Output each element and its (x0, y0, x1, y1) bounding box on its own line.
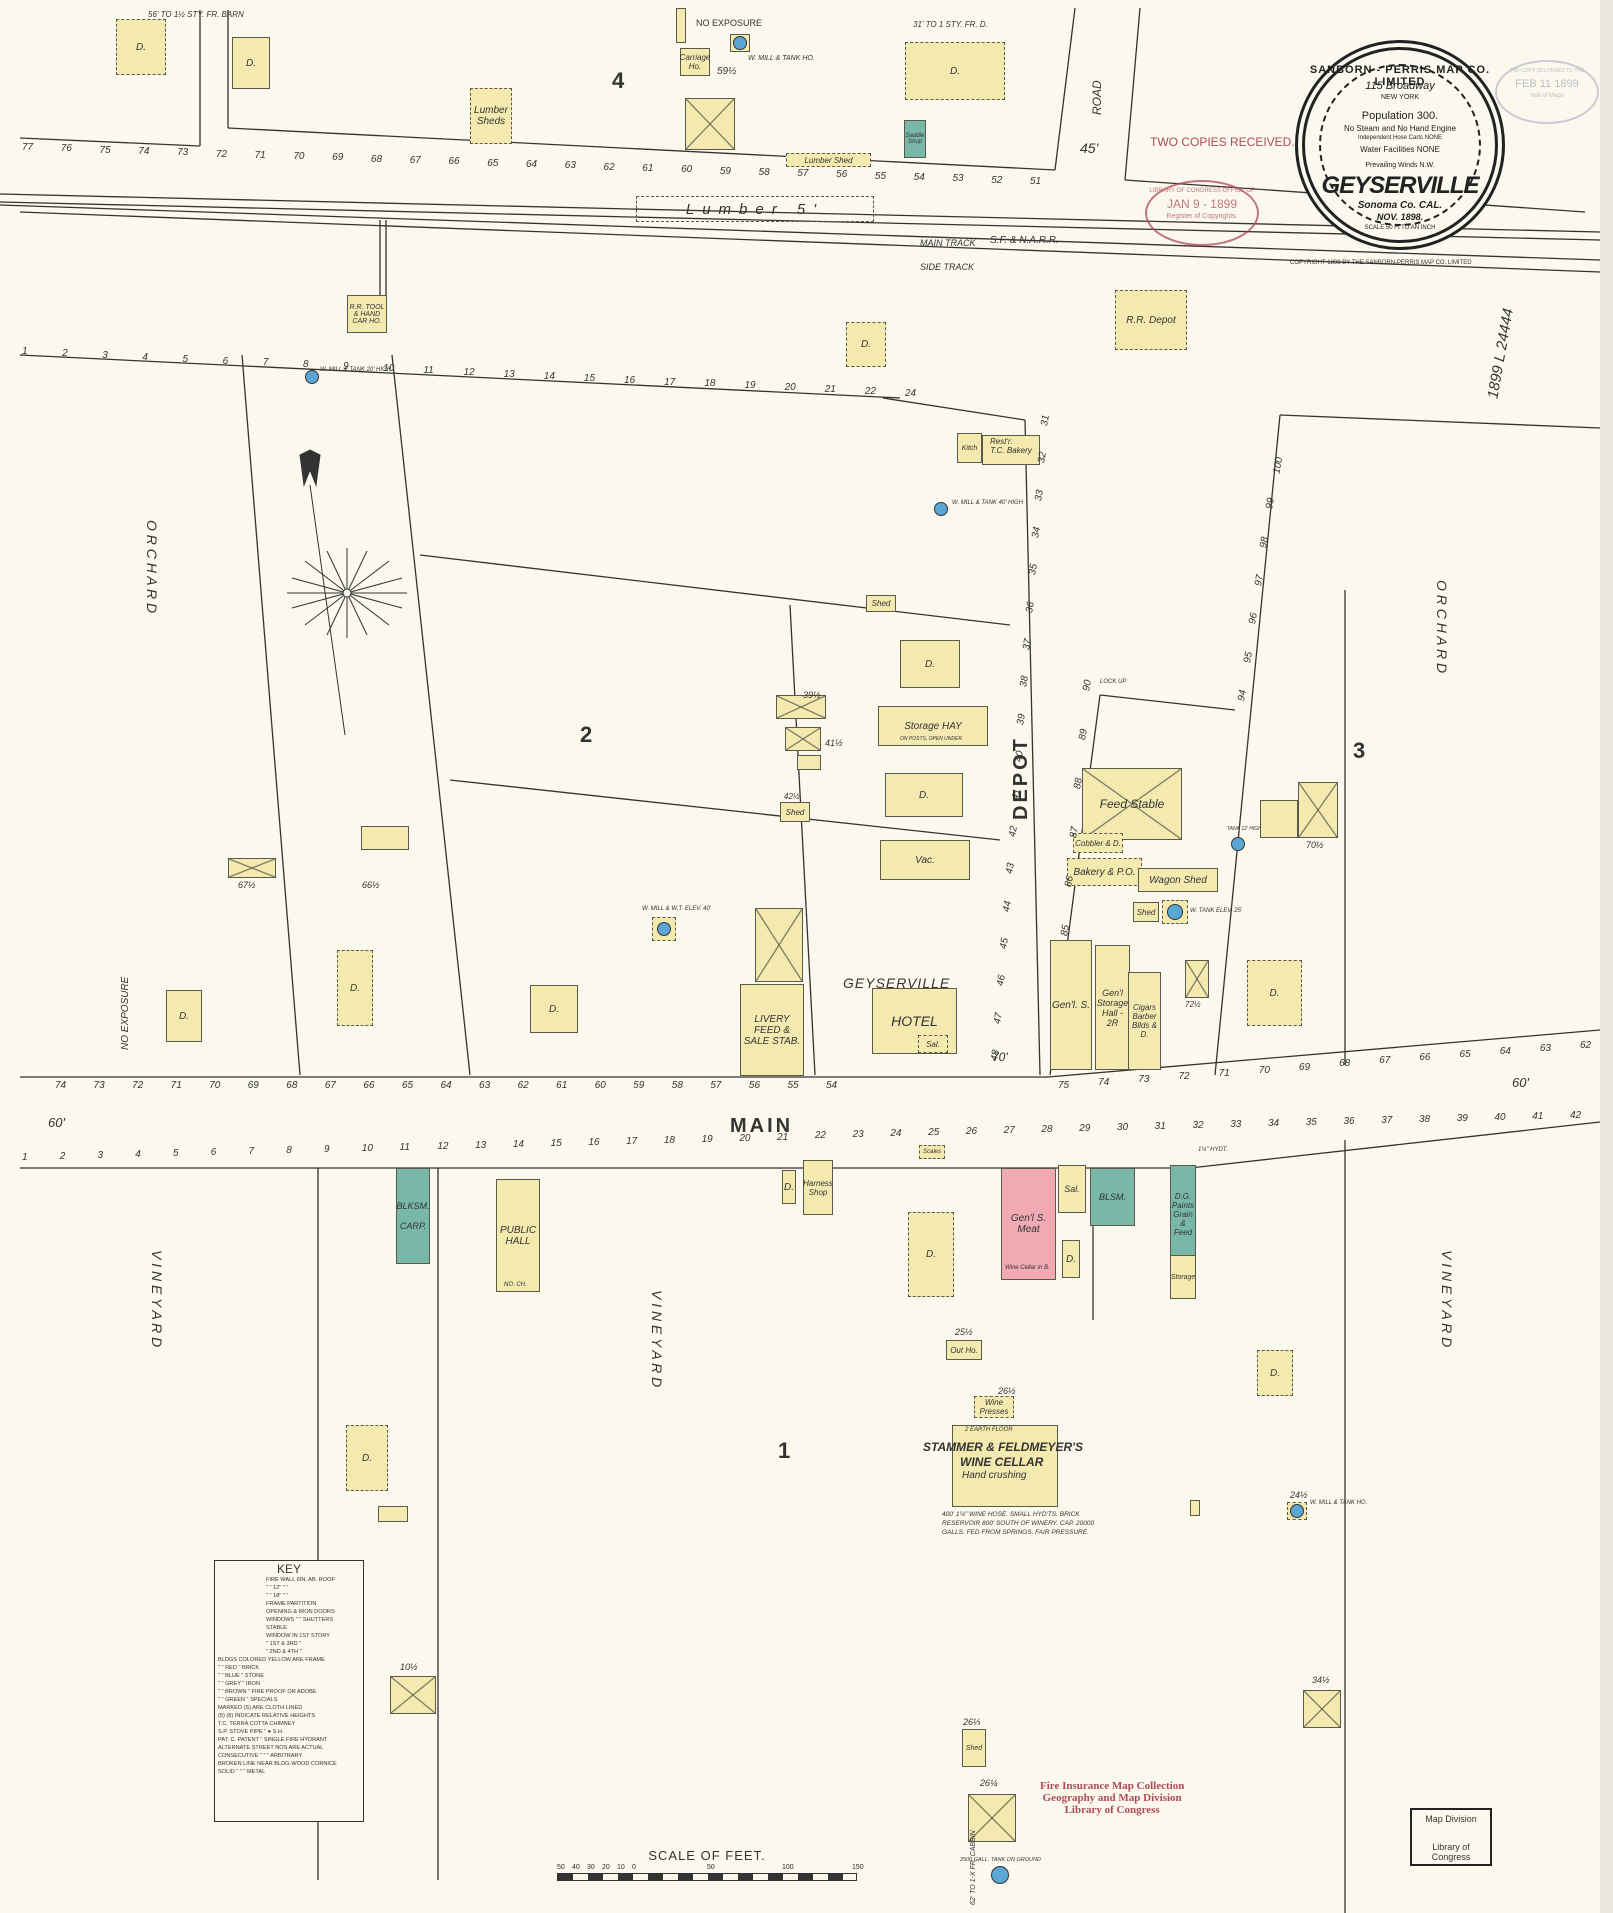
address-number: 24 (890, 1128, 901, 1139)
water-tank-icon (305, 370, 319, 384)
storage: Storage (1170, 1255, 1196, 1299)
stable (1185, 960, 1209, 998)
vacant-building: Vac. (880, 840, 970, 880)
address-number: 19 (744, 380, 755, 391)
vineyard-right: V I N E Y A R D (1439, 1250, 1455, 1347)
scale-tick: 150 (852, 1864, 864, 1871)
seal-water: Water Facilities NONE (1305, 145, 1495, 154)
general-store: Gen'l. S. (1050, 940, 1092, 1070)
dry-goods-paints: D.G. Paints Grain & Feed (1170, 1165, 1196, 1263)
address-number: 10 (362, 1143, 373, 1154)
orchard-right: O R C H A R D (1434, 580, 1450, 673)
dwelling: D. (530, 985, 578, 1033)
key-row: STABLE (266, 1624, 360, 1632)
two-copies-stamp: TWO COPIES RECEIVED. (1150, 135, 1295, 149)
address-number: 89 (1077, 728, 1090, 741)
address-number: 8 (303, 359, 309, 370)
address-number: 43 (1004, 862, 1017, 875)
address-number: 85 (1059, 924, 1072, 937)
stable (390, 1676, 436, 1714)
rr-depot: R.R. Depot (1115, 290, 1187, 350)
outbuilding (1190, 1500, 1200, 1516)
address-number: 22 (865, 386, 876, 397)
windmill-tank (652, 917, 676, 941)
address-number: 2 (62, 348, 68, 359)
address-number: 42 (1007, 825, 1020, 838)
water-tank-icon (1290, 1504, 1304, 1518)
address-number: 7 (249, 1146, 255, 1157)
stamp-date: FEB 11 1899 (1497, 78, 1597, 90)
key-row: " " 18" " " (266, 1592, 360, 1600)
windmill-label: W. MILL & TANK HO. (748, 55, 815, 62)
lock-up-label: LOCK UP (1100, 679, 1126, 685)
seal-scale: SCALE 50 Ft TO AN INCH (1305, 225, 1495, 231)
stamp-date: JAN 9 - 1899 (1147, 197, 1257, 211)
address-number: 16 (588, 1137, 599, 1148)
block-number-1: 1 (778, 1438, 790, 1464)
address-number: 41 (1010, 788, 1023, 801)
address-number: 36 (1343, 1116, 1354, 1127)
address-number: 54 (914, 172, 925, 183)
key-row: CONSECUTIVE " " " ARBITRARY (218, 1752, 360, 1760)
address-number: 74 (55, 1080, 66, 1091)
key-row: " 2ND & 4TH " (266, 1648, 360, 1656)
scales: Scales (919, 1145, 945, 1159)
address-number: 64 (1500, 1046, 1511, 1057)
address-number: 70 (293, 151, 304, 162)
railroad-company: S.F. & N.A.R.R. (990, 235, 1059, 246)
barn-note: 56' TO 1½ STY. FR. BARN (148, 10, 244, 19)
windmill-20-label: W. MILL & TANK 20' HIGH (320, 367, 391, 373)
kitchen: Kitch (957, 433, 982, 463)
main-width: 60' (48, 1115, 65, 1130)
blacksmith-carpenter: BLKSM.CARP. (396, 1168, 430, 1264)
block-number-2: 2 (580, 722, 592, 748)
scale-tick: 30 (587, 1864, 595, 1871)
address-number: 24 (905, 388, 916, 399)
harness-shop: Harness Shop (803, 1160, 833, 1215)
bldg-label: BLKSM.CARP. (397, 1201, 430, 1231)
windmill-tank-label: W. MILL & TANK HO. (1310, 1500, 1367, 1506)
dwelling: D. (846, 322, 886, 367)
outbuilding (676, 8, 686, 43)
address-number: 70 (1259, 1065, 1270, 1076)
scale-tick: 20 (602, 1864, 610, 1871)
winery-owner: STAMMER & FELDMEYER'S (923, 1440, 1083, 1454)
address-number: 88 (1072, 777, 1085, 790)
address-number: 39 (1457, 1113, 1468, 1124)
key-row: SOLID " " " METAL (218, 1768, 360, 1776)
seal-hose: Independent Hose Carts NONE (1305, 135, 1495, 141)
address-number: 48 (989, 1049, 1002, 1062)
street-depot: DEPOT (1010, 736, 1033, 820)
stable (685, 98, 735, 150)
address-number: 52 (991, 175, 1002, 186)
address-number: 74 (1098, 1077, 1109, 1088)
key-row: MARKED (S) ARE CLOTH LINED (218, 1704, 360, 1712)
address-number: 64 (441, 1080, 452, 1091)
cigars-barber: Cigars Barber Bllds & D. (1128, 972, 1161, 1070)
cabin-label: 62' TO 1-X FR. CABBIN (970, 1830, 977, 1905)
lot-26-half: 26½ (998, 1386, 1016, 1396)
address-number: 15 (551, 1138, 562, 1149)
address-number: 66 (448, 156, 459, 167)
address-number: 64 (526, 159, 537, 170)
seal-winds: Prevailing Winds N.W. (1305, 162, 1495, 169)
scale-tick: 50 (707, 1864, 715, 1871)
hydrant-label: 1¼" HYDT. (1198, 1147, 1228, 1153)
key-row: OPENING & IRON DOORS (266, 1608, 360, 1616)
address-number: 2 (60, 1151, 66, 1162)
key-row: ALTERNATE STREET NOS ARE ACTUAL (218, 1744, 360, 1752)
address-number: 11 (423, 365, 433, 376)
lumber-yard: Lumber 5' (636, 196, 874, 222)
address-number: 5 (183, 354, 189, 365)
water-tank-icon (1231, 837, 1245, 851)
address-number: 72 (1178, 1071, 1189, 1082)
key-row: " " BROWN " FIRE PROOF OR ADOBE (218, 1688, 360, 1696)
address-number: 54 (826, 1080, 837, 1091)
lumber-sheds: Lumber Sheds (470, 88, 512, 144)
key-row: " 1ST & 3RD " (266, 1640, 360, 1648)
outbuilding (378, 1506, 408, 1522)
rr-tool-house: R.R. TOOL & HAND CAR HO. (347, 295, 387, 333)
address-number: 66 (1419, 1052, 1430, 1063)
scale-tick: 40 (572, 1864, 580, 1871)
saloon: Sal. (918, 1035, 948, 1053)
side-track-label: SIDE TRACK (920, 262, 974, 272)
lot-39-half: 39½ (803, 690, 821, 700)
key-row: (5) (8) INDICATE RELATIVE HEIGHTS (218, 1712, 360, 1720)
address-number: 56 (749, 1080, 760, 1091)
address-number: 99 (1264, 497, 1277, 510)
address-number: 70 (209, 1080, 220, 1091)
stamp-top-text: THE COPY DELIVERED TO THE (1497, 68, 1597, 74)
dwelling: D. (782, 1170, 796, 1204)
seal-population: Population 300. (1305, 110, 1495, 122)
address-number: 4 (135, 1149, 141, 1160)
key-row: " " 12" " " (266, 1584, 360, 1592)
address-number: 63 (479, 1080, 490, 1091)
dwelling: D. (908, 1212, 954, 1297)
address-number: 69 (332, 152, 343, 163)
address-number: 25 (928, 1127, 939, 1138)
address-number: 33 (1230, 1119, 1241, 1130)
address-number: 8 (286, 1145, 292, 1156)
address-number: 71 (255, 150, 266, 161)
dwelling: D. (116, 19, 166, 75)
livery-stable: LIVERY FEED & SALE STAB. (740, 984, 804, 1076)
address-number: 94 (1236, 689, 1249, 702)
address-number: 71 (1219, 1068, 1230, 1079)
dwelling: D. (905, 42, 1005, 100)
address-number: 40 (1013, 750, 1026, 763)
general-storage-hall: Gen'l Storage Hall - 2R (1095, 945, 1130, 1070)
address-number: 72 (216, 149, 227, 160)
address-number: 65 (487, 158, 498, 169)
stamp-line: Library of Congress (1040, 1804, 1184, 1816)
address-number: 32 (1192, 1120, 1203, 1131)
seal-county: Sonoma Co. CAL. (1305, 200, 1495, 211)
address-number: 87 (1068, 826, 1081, 839)
address-number: 13 (475, 1140, 486, 1151)
water-tank-label: W. TANK ELEV. 25' (1190, 908, 1242, 914)
key-row: WINDOW IN 1ST STORY (266, 1632, 360, 1640)
address-number: 72 (132, 1080, 143, 1091)
address-number: 46 (995, 974, 1008, 987)
address-number: 9 (324, 1144, 330, 1155)
shed: Shed (780, 802, 810, 822)
address-number: 73 (1138, 1074, 1149, 1085)
address-number: 56 (836, 169, 847, 180)
address-number: 22 (815, 1130, 826, 1141)
lot-10-half: 10½ (400, 1662, 418, 1672)
address-number: 26 (966, 1126, 977, 1137)
cobbler: Cobbler & D. (1073, 833, 1123, 853)
lot-66-half: 66½ (362, 880, 380, 890)
dwelling: D. (166, 990, 202, 1042)
key-row: " " BLUE " STONE (218, 1672, 360, 1680)
address-number: 33 (1033, 489, 1046, 502)
blksm-label: BLKSM. (397, 1201, 430, 1211)
address-number: 13 (504, 369, 515, 380)
out-house: Out Ho. (946, 1340, 982, 1360)
windmill-tank-house (730, 34, 750, 52)
stable (1303, 1690, 1341, 1728)
address-number: 58 (672, 1080, 683, 1091)
stable (228, 858, 276, 878)
windmill-wt-label: W. MILL & W.T. ELEV. 40' (642, 906, 711, 912)
block-number-4: 4 (612, 68, 624, 94)
water-tank-house (1162, 900, 1188, 924)
address-number: 67 (410, 155, 421, 166)
lot-26-third: 26⅓ (963, 1717, 981, 1727)
shed: Shed (866, 595, 896, 612)
address-number: 57 (797, 168, 808, 179)
lot-59-half: 59½ (717, 66, 736, 77)
address-number: 98 (1258, 536, 1271, 549)
hay-posts-note: ON POSTS, OPEN UNDER (900, 736, 962, 742)
lot-26-quarter: 26¼ (980, 1778, 998, 1788)
address-number: 20 (785, 382, 796, 393)
address-number: 77 (22, 142, 33, 153)
copyright-office-stamp: LIBRARY OF CONGRESS OFFICE OF JAN 9 - 18… (1145, 180, 1259, 246)
scale-tick: 100 (782, 1864, 794, 1871)
key-rows: FIRE WALL 6IN. AB. ROOF " " 12" " " " " … (266, 1576, 360, 1656)
lot-34-half: 34½ (1312, 1675, 1330, 1685)
shed: Shed (962, 1729, 986, 1767)
address-number: 14 (544, 371, 555, 382)
address-number: 31 (1039, 414, 1052, 427)
lot-24-half: 24½ (1290, 1490, 1308, 1500)
map-division-stamp: Map Division Library of Congress (1410, 1808, 1492, 1866)
stable (361, 826, 409, 850)
lot-70-half: 70½ (1306, 840, 1324, 850)
address-number: 58 (759, 167, 770, 178)
address-number: 9 (343, 361, 349, 372)
vineyard-middle: V I N E Y A R D (649, 1290, 665, 1387)
no-exposure-left: NO EXPOSURE (120, 977, 131, 1050)
title-seal: SANBORN - PERRIS MAP CO. LIMITED 115 Bro… (1295, 40, 1505, 250)
stamp-line: Library of Congress (1412, 1842, 1490, 1862)
stamp-bottom-text: Register of Copyrights. (1147, 213, 1257, 220)
water-tank-icon (991, 1866, 1009, 1884)
address-number: 16 (624, 375, 635, 386)
address-number: 73 (177, 147, 188, 158)
map-key-legend: KEY FIRE WALL 6IN. AB. ROOF " " 12" " " … (214, 1560, 364, 1822)
address-number: 29 (1079, 1123, 1090, 1134)
address-number: 44 (1001, 900, 1014, 913)
earth-floor-label: 2 EARTH FLOOR (965, 1427, 1013, 1433)
address-number: 57 (710, 1080, 721, 1091)
address-number: 53 (952, 173, 963, 184)
address-number: 60 (681, 164, 692, 175)
address-number: 20 (739, 1133, 750, 1144)
address-number: 19 (702, 1134, 713, 1145)
outbuilding (797, 755, 821, 770)
wagon-shed: Wagon Shed (1138, 868, 1218, 892)
key-row: " " GREY " IRON (218, 1680, 360, 1688)
windmill-40-label: W. MILL & TANK 40' HIGH (952, 500, 1023, 506)
scale-tick: 50 (557, 1864, 565, 1871)
lot-72-half: 72½ (1185, 1000, 1201, 1009)
water-tank-icon (934, 502, 948, 516)
lot-41-half: 41½ (825, 738, 843, 748)
winery-water-note: 400' 1¼" WINE HOSE. SMALL HYD'TS. BRICK … (942, 1510, 1102, 1537)
stamp-top-text: LIBRARY OF CONGRESS OFFICE OF (1147, 188, 1257, 194)
address-number: 28 (1041, 1124, 1052, 1135)
feb-received-stamp: THE COPY DELIVERED TO THE FEB 11 1899 Ha… (1495, 60, 1599, 124)
address-number: 65 (402, 1080, 413, 1091)
seal-town: GEYSERVILLE (1305, 172, 1495, 200)
key-row: S.P. STOVE PIPE " ● S.H. (218, 1728, 360, 1736)
seal-copyright: COPYRIGHT 1898 BY THE SANBORN-PERRIS MAP… (1290, 260, 1472, 266)
hand-crushing-label: Hand crushing (962, 1470, 1026, 1481)
address-number: 21 (825, 384, 836, 395)
address-number: 96 (1247, 612, 1260, 625)
seal-date: NOV. 1898. (1305, 212, 1495, 222)
lot-42-half: 42½ (784, 792, 800, 801)
key-row: " " GREEN " SPECIALS (218, 1696, 360, 1704)
address-number: 34 (1030, 526, 1043, 539)
address-number: 95 (1242, 651, 1255, 664)
key-title: KEY (218, 1563, 360, 1576)
seal-engines: No Steam and No Hand Engine (1305, 124, 1495, 133)
address-number: 51 (1030, 176, 1041, 187)
address-number: 75 (100, 145, 111, 156)
address-number: 55 (787, 1080, 798, 1091)
address-number: 31 (1155, 1121, 1166, 1132)
address-number: 42 (1570, 1110, 1581, 1121)
general-store-meat: Gen'l S. Meat (1001, 1168, 1056, 1280)
stamp-line: Geography and Map Division (1040, 1792, 1184, 1804)
dwelling: D. (337, 950, 373, 1026)
carp-label: CARP. (397, 1221, 430, 1231)
scale-of-feet: SCALE OF FEET. 50 40 30 20 10 0 50 100 1… (557, 1848, 857, 1881)
address-number: 62 (1580, 1040, 1591, 1051)
main-track-label: MAIN TRACK (920, 238, 976, 248)
address-number: 73 (94, 1080, 105, 1091)
address-number: 63 (565, 160, 576, 171)
address-number: 61 (642, 163, 653, 174)
address-number: 5 (173, 1148, 179, 1159)
livery-hay-loft (755, 908, 803, 982)
address-number: 68 (371, 154, 382, 165)
wine-presses: Wine Presses (974, 1396, 1014, 1418)
wine-cellar-basement: Wine Cellar in B. (1005, 1265, 1050, 1271)
key-row: FRAME PARTITION (266, 1600, 360, 1608)
compass-rose-icon (270, 440, 430, 780)
key-row: " " RED " BRICK (218, 1664, 360, 1672)
address-number: 76 (61, 143, 72, 154)
address-number: 41 (1532, 1111, 1543, 1122)
no-ch-label: NO. CH. (504, 1282, 527, 1288)
address-number: 68 (1339, 1058, 1350, 1069)
address-number: 3 (98, 1150, 104, 1161)
seal-city: NEW YORK (1305, 94, 1495, 101)
address-number: 14 (513, 1139, 524, 1150)
lumber-shed: Lumber Shed (786, 153, 871, 167)
water-tank-icon (733, 36, 747, 50)
address-number: 15 (584, 373, 595, 384)
stamp-line: Map Division (1412, 1814, 1490, 1824)
feed-stable: Feed Stable (1082, 768, 1182, 840)
address-number: 11 (400, 1142, 410, 1153)
address-number: 12 (437, 1141, 448, 1152)
address-number: 17 (626, 1136, 637, 1147)
stamp-line: Fire Insurance Map Collection (1040, 1780, 1184, 1792)
no-exposure-top: NO EXPOSURE (696, 18, 762, 28)
bakery-post-office: Bakery & P.O. (1067, 858, 1142, 886)
stamp-bottom-text: Hall of Maps (1497, 93, 1597, 99)
address-number: 6 (211, 1147, 217, 1158)
seal-address: 115 Broadway (1305, 80, 1495, 92)
address-number: 69 (1299, 1062, 1310, 1073)
lot-67-half: 67½ (238, 880, 256, 890)
water-tank-icon (657, 922, 671, 936)
road-width: 45' (1080, 140, 1098, 156)
dwelling: D. (900, 640, 960, 688)
address-number: 71 (171, 1080, 182, 1091)
carriage-house: Carriage Ho. (680, 48, 710, 76)
key-row: FIRE WALL 6IN. AB. ROOF (266, 1576, 360, 1584)
key-row: WINDOWS " " SHUTTERS (266, 1616, 360, 1624)
address-number: 59 (720, 166, 731, 177)
stable (785, 727, 821, 751)
public-hall: PUBLIC HALL (496, 1179, 540, 1292)
orchard-left: O R C H A R D (144, 520, 160, 613)
address-number: 97 (1253, 574, 1266, 587)
address-number: 27 (1004, 1125, 1015, 1136)
address-number: 17 (664, 377, 675, 388)
main-width-right: 60' (1512, 1075, 1529, 1090)
address-number: 67 (325, 1080, 336, 1091)
dwelling: D. (1062, 1240, 1080, 1278)
address-number: 65 (1460, 1049, 1471, 1060)
dwelling: D. (232, 37, 270, 89)
shed: Shed (1133, 902, 1159, 922)
key-row: T.C. TERRA COTTA CHIMNEY (218, 1720, 360, 1728)
address-number: 32 (1036, 451, 1049, 464)
address-number: 60 (595, 1080, 606, 1091)
address-number: 23 (853, 1129, 864, 1140)
address-number: 66 (363, 1080, 374, 1091)
blacksmith: BLSM. (1090, 1168, 1135, 1226)
address-number: 35 (1027, 563, 1040, 576)
street-road: ROAD (1090, 80, 1104, 115)
saloon: Sal. (1058, 1165, 1086, 1213)
address-number: 4 (142, 352, 148, 363)
